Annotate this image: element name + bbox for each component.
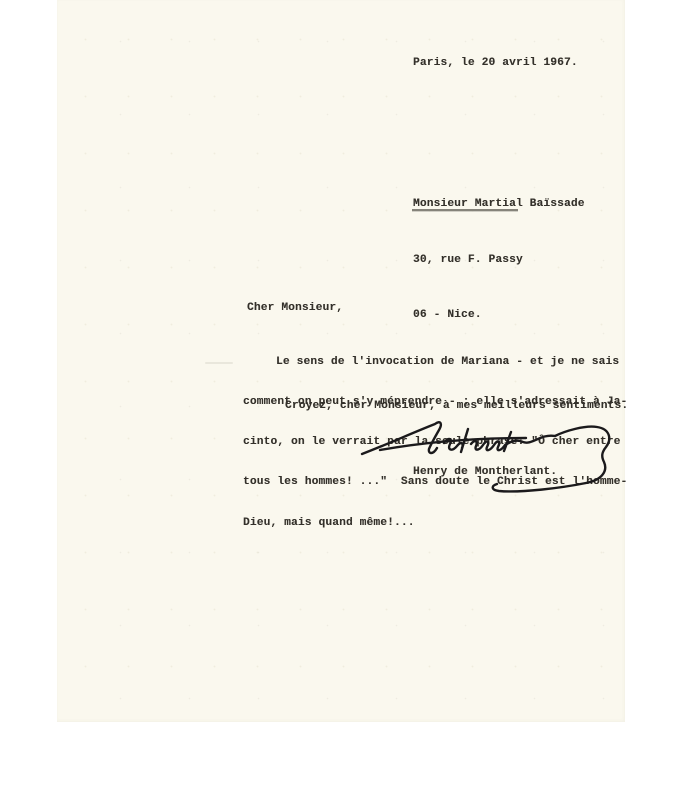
scan-smudge-artifact xyxy=(205,362,233,364)
scanned-letter-page: Paris, le 20 avril 1967. Monsieur Martia… xyxy=(0,0,700,800)
recipient-city: 06 - Nice. xyxy=(413,306,585,325)
recipient-street: 30, rue F. Passy xyxy=(413,251,585,270)
body-line: Dieu, mais quand même!... xyxy=(243,517,627,530)
salutation: Cher Monsieur, xyxy=(247,302,343,314)
body-line: Le sens de l'invocation de Mariana - et … xyxy=(243,356,627,369)
letter-paper: Paris, le 20 avril 1967. Monsieur Martia… xyxy=(57,0,625,722)
date-line: Paris, le 20 avril 1967. xyxy=(413,57,578,69)
closing-line: Croyez, cher Monsieur, à mes meilleurs s… xyxy=(285,400,628,412)
address-underline xyxy=(412,209,518,211)
handwritten-signature-icon xyxy=(350,414,615,502)
typed-signature: Henry de Montherlant. xyxy=(413,466,557,478)
